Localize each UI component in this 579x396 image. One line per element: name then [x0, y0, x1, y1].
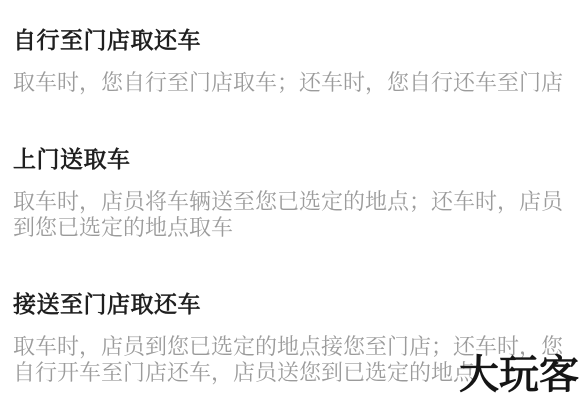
- option-description: 取车时，您自行至门店取车；还车时，您自行还车至门店: [13, 70, 565, 96]
- watermark-logo: 大玩客: [459, 355, 579, 395]
- option-title: 自行至门店取还车: [13, 26, 566, 54]
- option-description: 取车时，店员将车辆送至您已选定的地点；还车时，店员到您已选定的地点取车: [13, 189, 565, 241]
- service-options-panel: 自行至门店取还车 取车时，您自行至门店取车；还车时，您自行还车至门店 上门送取车…: [0, 0, 579, 386]
- option-self-pickup-return: 自行至门店取还车 取车时，您自行至门店取车；还车时，您自行还车至门店: [13, 26, 566, 96]
- option-door-delivery: 上门送取车 取车时，店员将车辆送至您已选定的地点；还车时，店员到您已选定的地点取…: [13, 145, 566, 241]
- option-title: 上门送取车: [13, 145, 566, 173]
- option-title: 接送至门店取还车: [13, 290, 566, 318]
